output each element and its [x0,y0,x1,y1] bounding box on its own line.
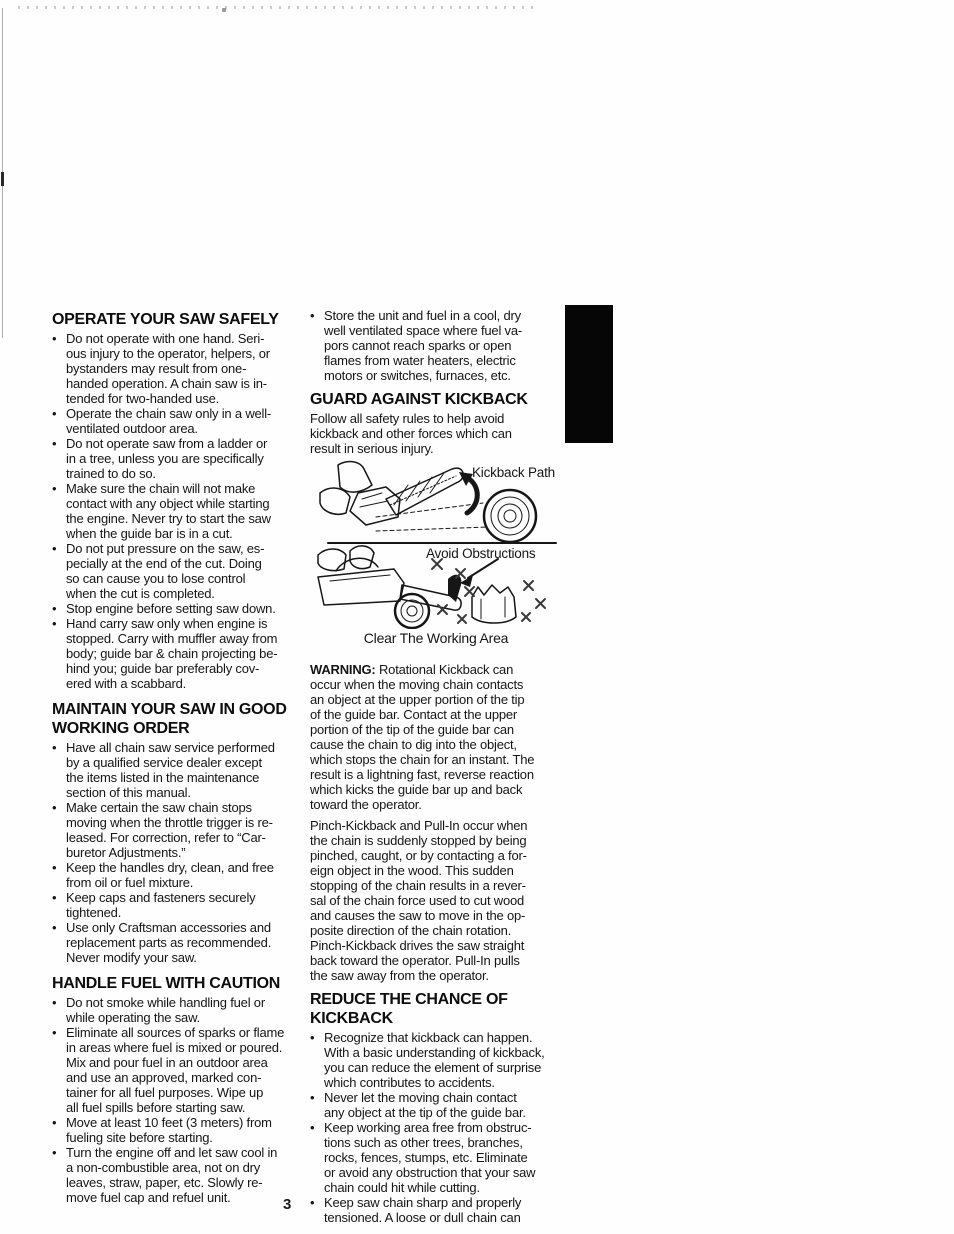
warning-paragraph: WARNING: Rotational Kickback can occur w… [310,662,562,812]
list-item-text: Turn the engine off and let saw cool in … [66,1145,304,1205]
obstruction-arrow [460,559,498,587]
list-item-text: Eliminate all sources of sparks or flame… [66,1025,304,1115]
stump [472,585,516,623]
list-item-text: Stop engine before setting saw down. [66,601,304,616]
list-item-text: Do not put pressure on the saw, es- peci… [66,541,304,601]
list-item-text: Have all chain saw service performed by … [66,740,304,800]
list-item-text: Do not operate with one hand. Seri- ous … [66,331,304,406]
list-item-text: Move at least 10 feet (3 meters) from fu… [66,1115,304,1145]
log-bottom [395,594,429,628]
log-end [484,490,536,542]
list-item: •Do not put pressure on the saw, es- pec… [52,541,304,601]
list-item: •Never let the moving chain contact any … [310,1090,562,1120]
list-item-text: Keep the handles dry, clean, and free fr… [66,860,304,890]
figure-caption: Clear The Working Area [310,631,562,646]
guard-paragraph: Follow all safety rules to help avoid ki… [310,411,562,456]
list-item-text: Never let the moving chain contact any o… [324,1090,562,1120]
list-item: •Make sure the chain will not make conta… [52,481,304,541]
section-heading: OPERATE YOUR SAW SAFELY [52,310,304,329]
bullet-icon: • [310,1090,324,1120]
bullet-icon: • [52,920,66,965]
bullet-icon: • [52,481,66,541]
list-item: •Recognize that kickback can happen. Wit… [310,1030,562,1090]
warning-text: Rotational Kickback can occur when the m… [310,662,534,812]
bullet-icon: • [52,331,66,406]
list-item: •Hand carry saw only when engine is stop… [52,616,304,691]
list-item: •Do not operate with one hand. Seri- ous… [52,331,304,406]
reduce-kickback-heading: REDUCE THE CHANCE OF KICKBACK [310,990,562,1028]
left-column: OPERATE YOUR SAW SAFELY •Do not operate … [52,310,304,1205]
scan-edge-mark [1,172,4,186]
chainsaw-top-drawing [320,462,463,525]
bullet-icon: • [52,1025,66,1115]
page-number: 3 [283,1196,291,1213]
list-item: •Move at least 10 feet (3 meters) from f… [52,1115,304,1145]
bullet-icon: • [310,1120,324,1195]
kickback-illustration [310,459,562,629]
bullet-icon: • [52,601,66,616]
section-handle-fuel: HANDLE FUEL WITH CAUTION •Do not smoke w… [52,974,304,1205]
list-item-text: Hand carry saw only when engine is stopp… [66,616,304,691]
list-item: •Make certain the saw chain stops moving… [52,800,304,860]
list-item: •Eliminate all sources of sparks or flam… [52,1025,304,1115]
section-operate-saw-safely: OPERATE YOUR SAW SAFELY •Do not operate … [52,310,304,691]
scan-noise-row [18,6,538,9]
scan-noise-dot [222,8,226,12]
bullet-icon: • [310,1030,324,1090]
bullet-icon: • [52,800,66,860]
kickback-path-label: Kickback Path [472,465,555,480]
list-item-text: Keep saw chain sharp and properly tensio… [324,1195,562,1225]
list-item: •Turn the engine off and let saw cool in… [52,1145,304,1205]
guard-against-kickback-heading: GUARD AGAINST KICKBACK [310,390,562,409]
list-item: •Keep the handles dry, clean, and free f… [52,860,304,890]
section-maintain-saw: MAINTAIN YOUR SAW IN GOOD WORKING ORDER … [52,700,304,965]
list-item: •Store the unit and fuel in a cool, dry … [310,308,562,383]
list-item: •Have all chain saw service performed by… [52,740,304,800]
list-item-text: Operate the chain saw only in a well- ve… [66,406,304,436]
list-item: •Keep saw chain sharp and properly tensi… [310,1195,562,1225]
list-item: •Use only Craftsman accessories and repl… [52,920,304,965]
bullet-icon: • [310,1195,324,1225]
bullet-icon: • [52,995,66,1025]
list-item-text: Do not smoke while handling fuel or whil… [66,995,304,1025]
avoid-obstructions-label: Avoid Obstructions [426,546,535,561]
bullet-icon: • [52,1115,66,1145]
bullet-icon: • [52,890,66,920]
warning-prefix: WARNING: [310,662,376,677]
bullet-icon: • [52,616,66,691]
list-item-text: Make sure the chain will not make contac… [66,481,304,541]
bullet-icon: • [52,1145,66,1205]
list-item-text: Do not operate saw from a ladder or in a… [66,436,304,481]
index-tab [565,305,613,443]
list-item: •Operate the chain saw only in a well- v… [52,406,304,436]
kickback-figure: Kickback Path Avoid Obstructions Clear T… [310,459,562,657]
list-item: •Do not operate saw from a ladder or in … [52,436,304,481]
list-item-text: Make certain the saw chain stops moving … [66,800,304,860]
bullet-icon: • [52,436,66,481]
list-item: •Keep caps and fasteners securely tighte… [52,890,304,920]
bullet-icon: • [52,541,66,601]
bullet-icon: • [52,860,66,890]
list-item: •Stop engine before setting saw down. [52,601,304,616]
list-item-text: Recognize that kickback can happen. With… [324,1030,562,1090]
bullet-icon: • [310,308,324,383]
bullet-icon: • [52,740,66,800]
list-item-text: Use only Craftsman accessories and repla… [66,920,304,965]
section-heading: HANDLE FUEL WITH CAUTION [52,974,304,993]
section-heading: MAINTAIN YOUR SAW IN GOOD WORKING ORDER [52,700,304,738]
list-item-text: Store the unit and fuel in a cool, dry w… [324,308,562,383]
list-item: •Do not smoke while handling fuel or whi… [52,995,304,1025]
bullet-icon: • [52,406,66,436]
pinch-kickback-paragraph: Pinch-Kickback and Pull-In occur when th… [310,818,562,983]
list-item-text: Keep working area free from obstruc- tio… [324,1120,562,1195]
list-item: •Keep working area free from obstruc- ti… [310,1120,562,1195]
list-item-text: Keep caps and fasteners securely tighten… [66,890,304,920]
right-column: •Store the unit and fuel in a cool, dry … [310,308,562,1225]
